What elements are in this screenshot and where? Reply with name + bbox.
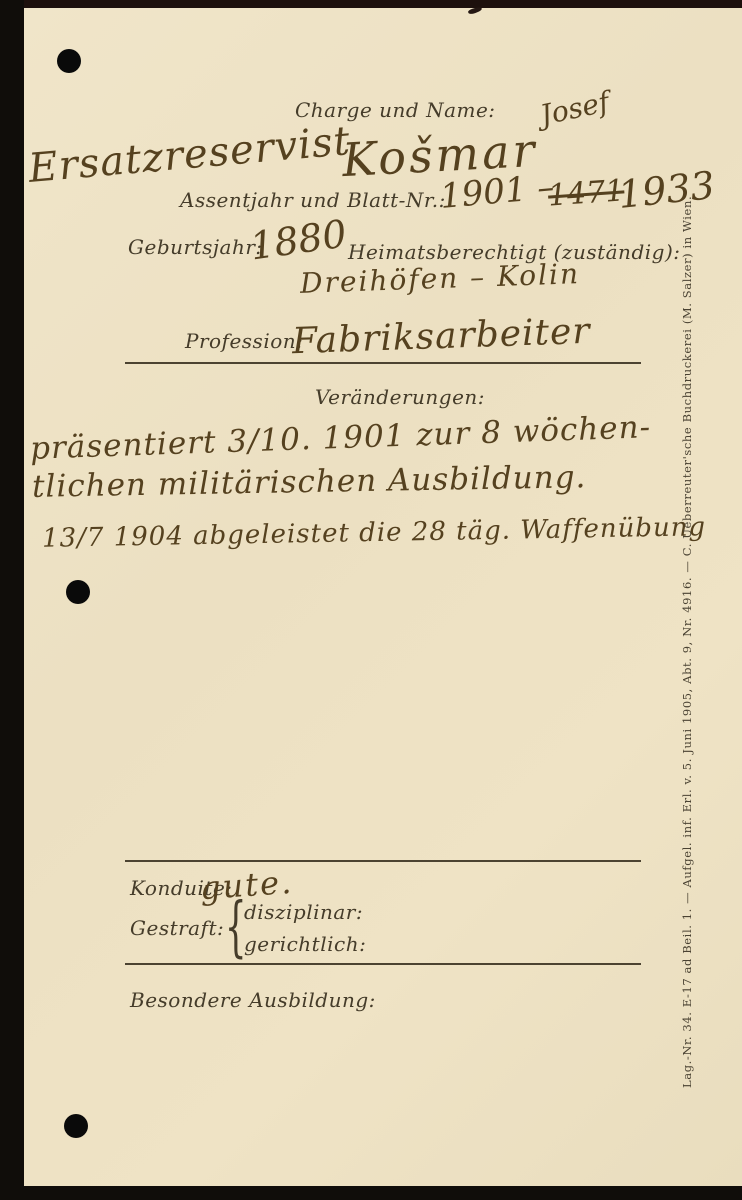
assentjahr-blattnr-label: Assentjahr und Blatt-Nr.: — [180, 188, 446, 212]
gerichtlich-label: gerichtlich: — [244, 932, 366, 956]
veraenderungen-label: Veränderungen: — [315, 385, 485, 409]
scanned-record-card: { "document": { "header": { "charge_labe… — [0, 0, 742, 1200]
printer-imprint-vertical: Lag.-Nr. 34. E-17 ad Beil. 1. — Aufgel. … — [680, 96, 694, 1088]
scan-border-left — [0, 0, 24, 1200]
besondere-ausbildung-label: Besondere Ausbildung: — [130, 988, 376, 1012]
charge-und-name-label: Charge und Name: — [295, 98, 496, 122]
gestraft-label: Gestraft: — [130, 916, 224, 940]
blatt-nr-old-struck-handwritten: 1471 — [547, 173, 626, 213]
scan-border-bottom — [0, 1186, 742, 1200]
punch-hole-top — [57, 49, 81, 73]
scan-border-top — [0, 0, 742, 8]
divider-rule-profession — [125, 362, 641, 364]
geburtsjahr-label: Geburtsjahr: — [128, 235, 263, 259]
punch-hole-middle — [66, 580, 90, 604]
punch-hole-bottom — [64, 1114, 88, 1138]
disziplinar-label: disziplinar: — [244, 900, 363, 924]
divider-rule-konduite-top — [125, 860, 641, 862]
divider-rule-konduite-bottom — [125, 963, 641, 965]
profession-label: Profession: — [185, 329, 303, 353]
